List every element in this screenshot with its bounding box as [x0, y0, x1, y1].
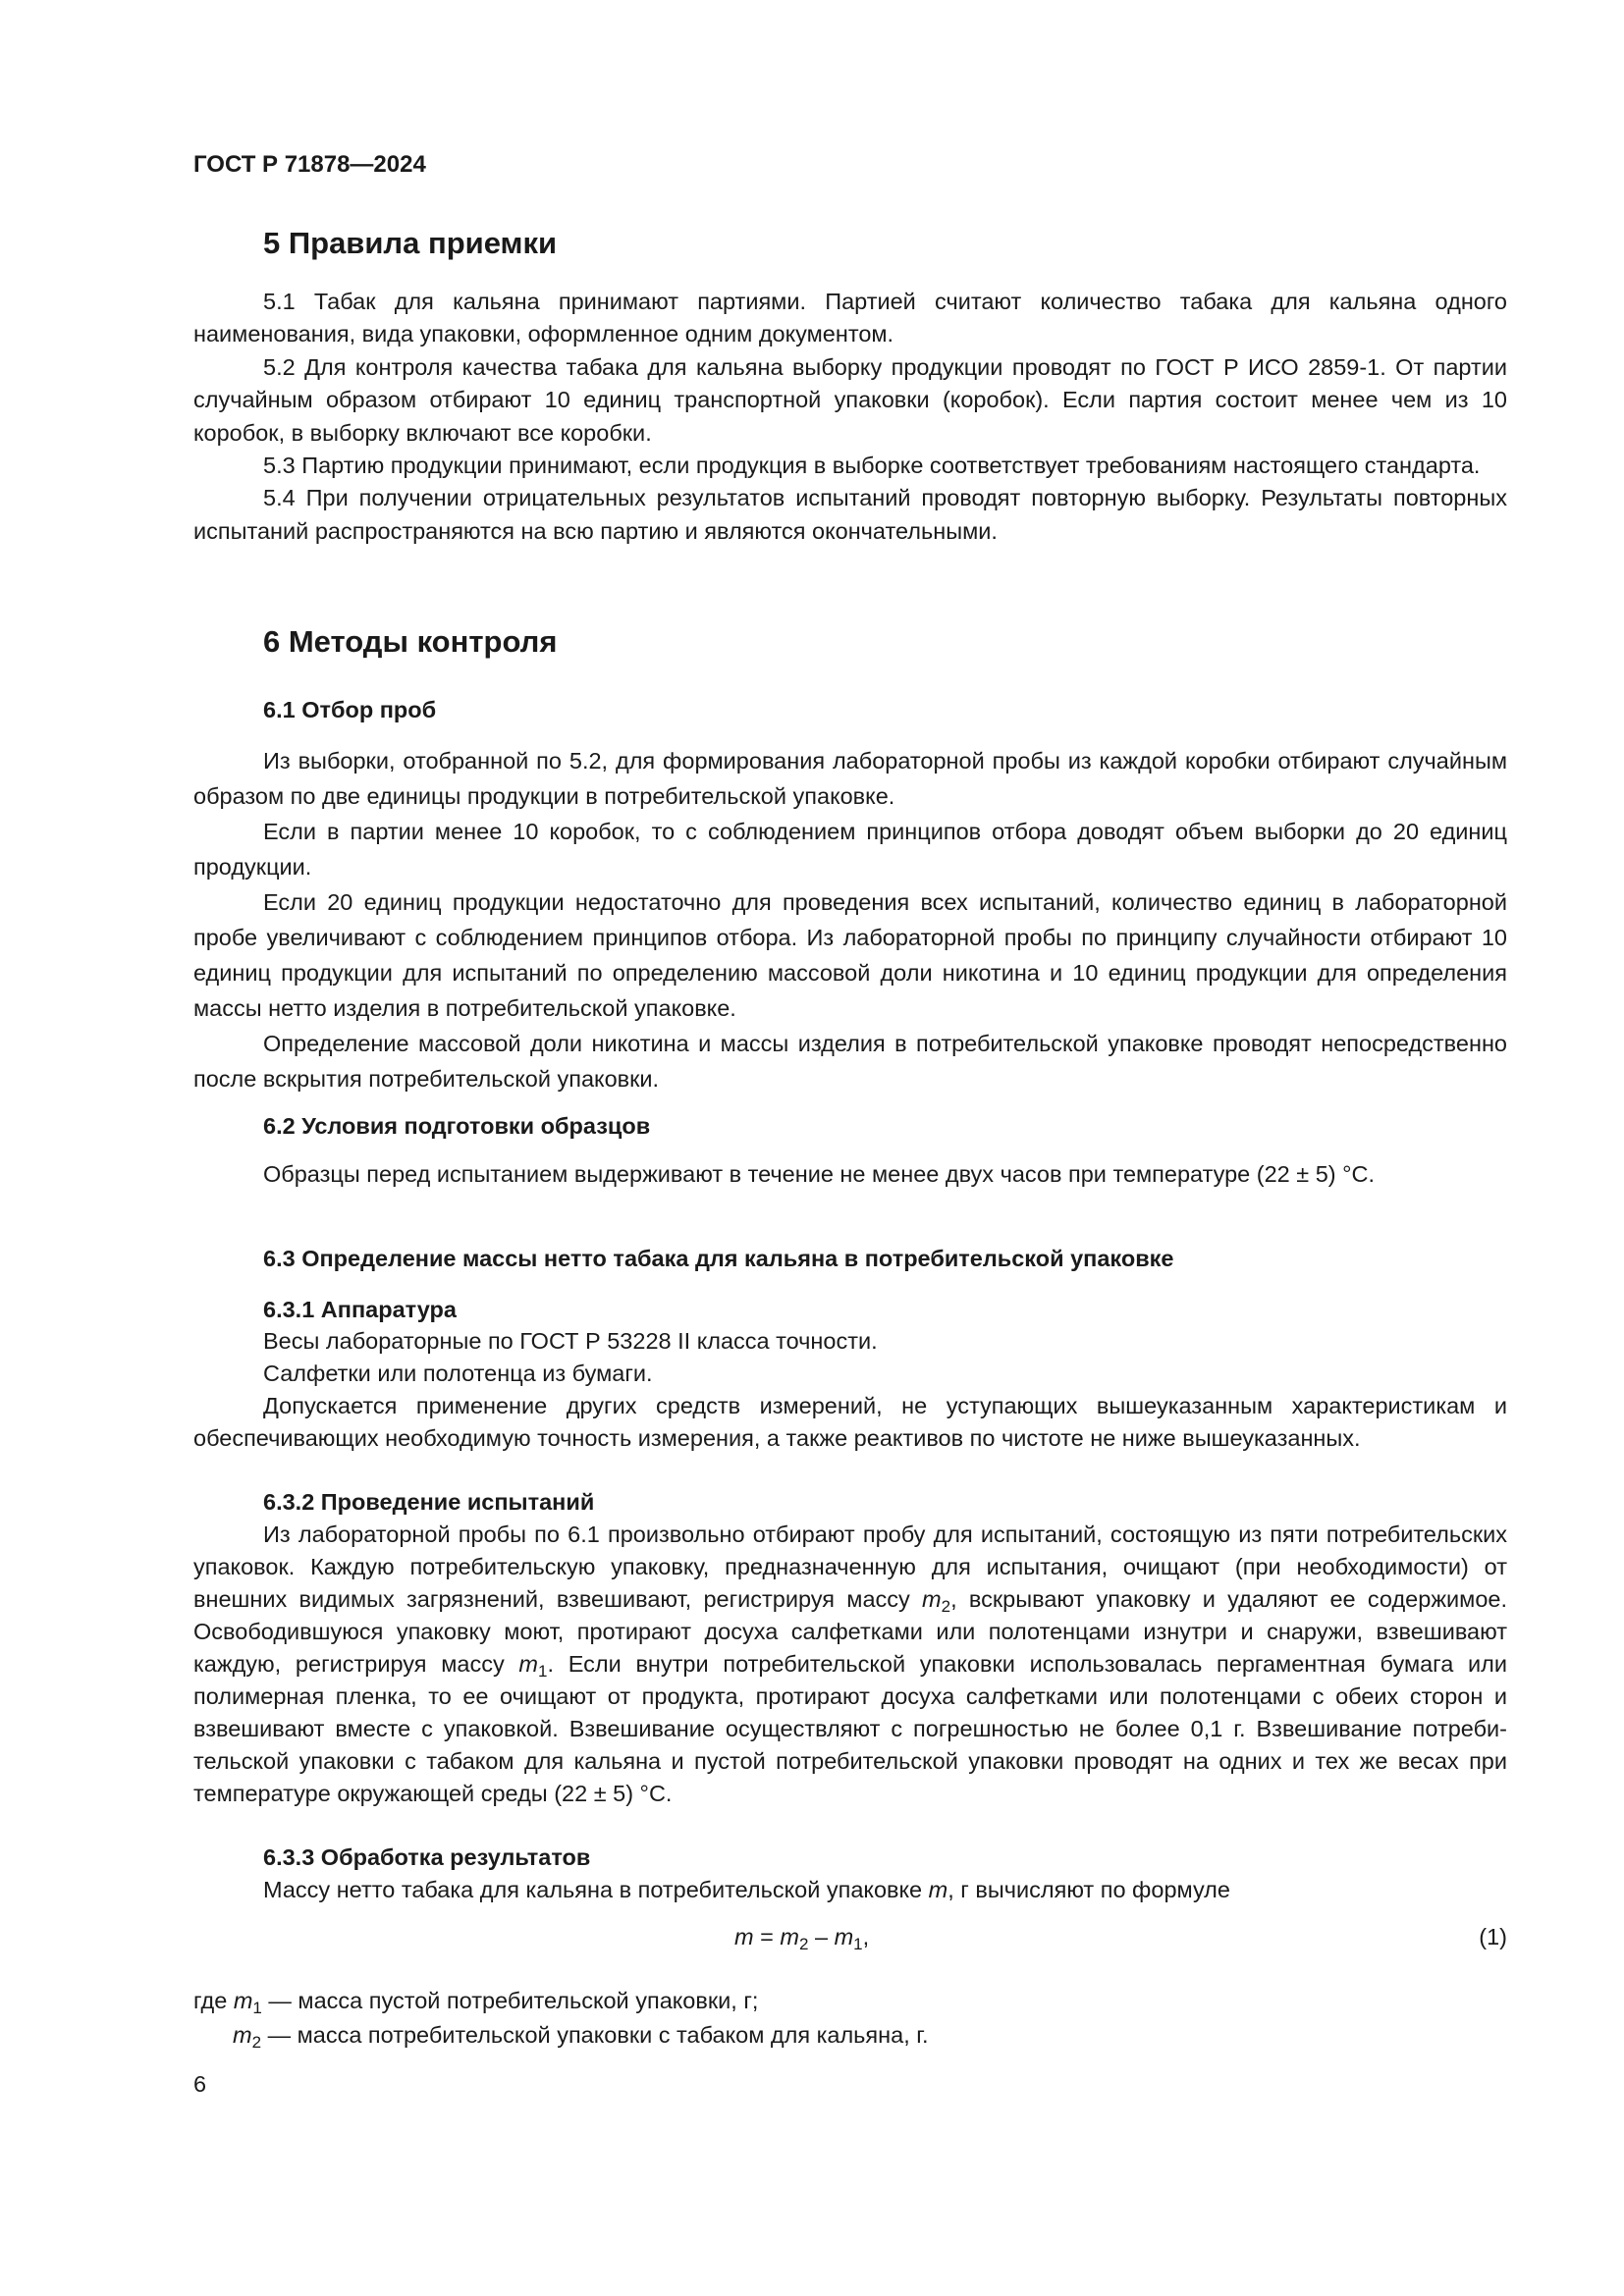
paragraph-5-3: 5.3 Партию продукции принимают, если про…: [193, 450, 1507, 482]
paragraph-6-1-b: Если в партии менее 10 коробок, то с соб…: [193, 814, 1507, 884]
paragraph-6-1-c: Если 20 единиц продукции недостаточно дл…: [193, 884, 1507, 1026]
section-6-1-title: 6.1 Отбор проб: [193, 694, 1577, 726]
section-6-3-3-title: 6.3.3 Обработка результатов: [193, 1842, 1577, 1874]
section-6-3-1-body: Весы лабораторные по ГОСТ Р 53228 II кла…: [193, 1325, 1507, 1455]
paragraph-6-3-3-intro: Массу нетто табака для кальяна в потреби…: [193, 1874, 1507, 1906]
section-6-title: 6 Методы контроля: [193, 624, 1577, 660]
paragraph-6-1-d: Определение массовой доли никотина и мас…: [193, 1026, 1507, 1096]
section-6-3-2-title: 6.3.2 Проведение испытаний: [193, 1486, 1577, 1519]
variable-m2: m: [922, 1586, 942, 1612]
formula-1: m = m2 – m1, (1): [193, 1921, 1507, 1960]
paragraph-5-1: 5.1 Табак для кальяна принимают партиями…: [193, 286, 1507, 351]
formula-legend: где m1 — масса пустой потребительской уп…: [193, 1984, 1507, 2053]
paragraph-5-2: 5.2 Для контроля качества табака для кал…: [193, 351, 1507, 450]
formula-number: (1): [1479, 1921, 1507, 1953]
section-6-2-title: 6.2 Условия подготовки образцов: [193, 1110, 1577, 1143]
paragraph-6-3-2: Из лабораторной пробы по 6.1 произвольно…: [193, 1519, 1507, 1810]
variable-m1: m: [518, 1651, 538, 1677]
page-number: 6: [193, 2071, 1507, 2098]
legend-row-m1: где m1 — масса пустой потребительской уп…: [193, 1984, 1507, 2018]
variable-m: m: [929, 1877, 948, 1902]
paragraph-6-3-1-b: Салфетки или полотенца из бумаги.: [193, 1358, 1507, 1390]
paragraph-5-4: 5.4 При получении отрицательных результа…: [193, 482, 1507, 548]
section-5-title: 5 Правила приемки: [193, 226, 1577, 261]
legend-row-m2: m2 — масса потребительской упаковки с та…: [193, 2018, 1507, 2053]
paragraph-6-3-1-c: Допускается применение других средств из…: [193, 1390, 1507, 1455]
formula-expression: m = m2 – m1,: [734, 1921, 869, 1953]
section-6-3-title: 6.3 Определение массы нетто табака для к…: [193, 1243, 1577, 1275]
paragraph-6-2: Образцы перед испытанием выдерживают в т…: [193, 1158, 1507, 1191]
document-code: ГОСТ Р 71878—2024: [193, 151, 1507, 179]
section-6-1-body: Из выборки, отобранной по 5.2, для форми…: [193, 743, 1507, 1096]
section-6-3-2-body: Из лабораторной пробы по 6.1 произвольно…: [193, 1519, 1507, 1810]
section-5-body: 5.1 Табак для кальяна принимают партиями…: [193, 286, 1507, 548]
paragraph-6-3-1-a: Весы лабораторные по ГОСТ Р 53228 II кла…: [193, 1325, 1507, 1358]
paragraph-6-1-a: Из выборки, отобранной по 5.2, для форми…: [193, 743, 1507, 814]
section-6-2-body: Образцы перед испытанием выдерживают в т…: [193, 1158, 1507, 1191]
section-6-3-1-title: 6.3.1 Аппаратура: [193, 1294, 1577, 1326]
section-6-3-3-body: Массу нетто табака для кальяна в потреби…: [193, 1874, 1507, 1906]
